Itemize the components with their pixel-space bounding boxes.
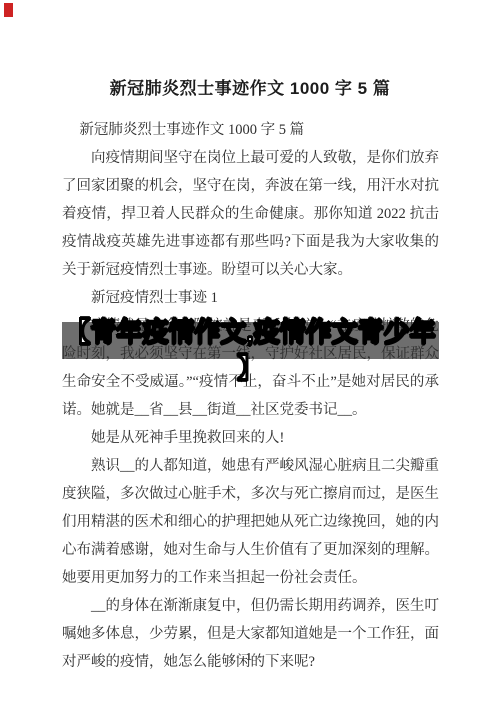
paragraph-intro: 向疫情期间坚守在岗位上最可爱的人致敬，是你们放弃了回家团聚的机会，坚守在岗，奔波… (62, 144, 439, 284)
watermark-link[interactable]: 【青年疫情作文,疫情作文青少年 】 (55, 314, 445, 386)
document-body: 新冠肺炎烈士事迹作文 1000 字 5 篇 向疫情期间坚守在岗位上最可爱的人致敬… (62, 116, 439, 676)
paragraph-story-2: 她是从死神手里挽救回来的人! (62, 424, 439, 452)
watermark-text-line2: 】 (237, 353, 263, 383)
section-heading-1: 新冠疫情烈士事迹 1 (62, 284, 439, 312)
red-corner-mark (4, 3, 13, 17)
document-subtitle: 新冠肺炎烈士事迹作文 1000 字 5 篇 (62, 116, 439, 144)
paragraph-story-3: 熟识__的人都知道，她患有严峻风湿心脏病且二尖瓣重度狭隘，多次做过心脏手术，多次… (62, 452, 439, 592)
watermark-text-line1: 【青年疫情作文,疫情作文青少年 (64, 317, 435, 347)
paragraph-story-4: __的身体在渐渐康复中，但仍需长期用药调养，医生叮嘱她多体息，少劳累，但是大家都… (62, 592, 439, 676)
document-title: 新冠肺炎烈士事迹作文 1000 字 5 篇 (0, 74, 500, 99)
